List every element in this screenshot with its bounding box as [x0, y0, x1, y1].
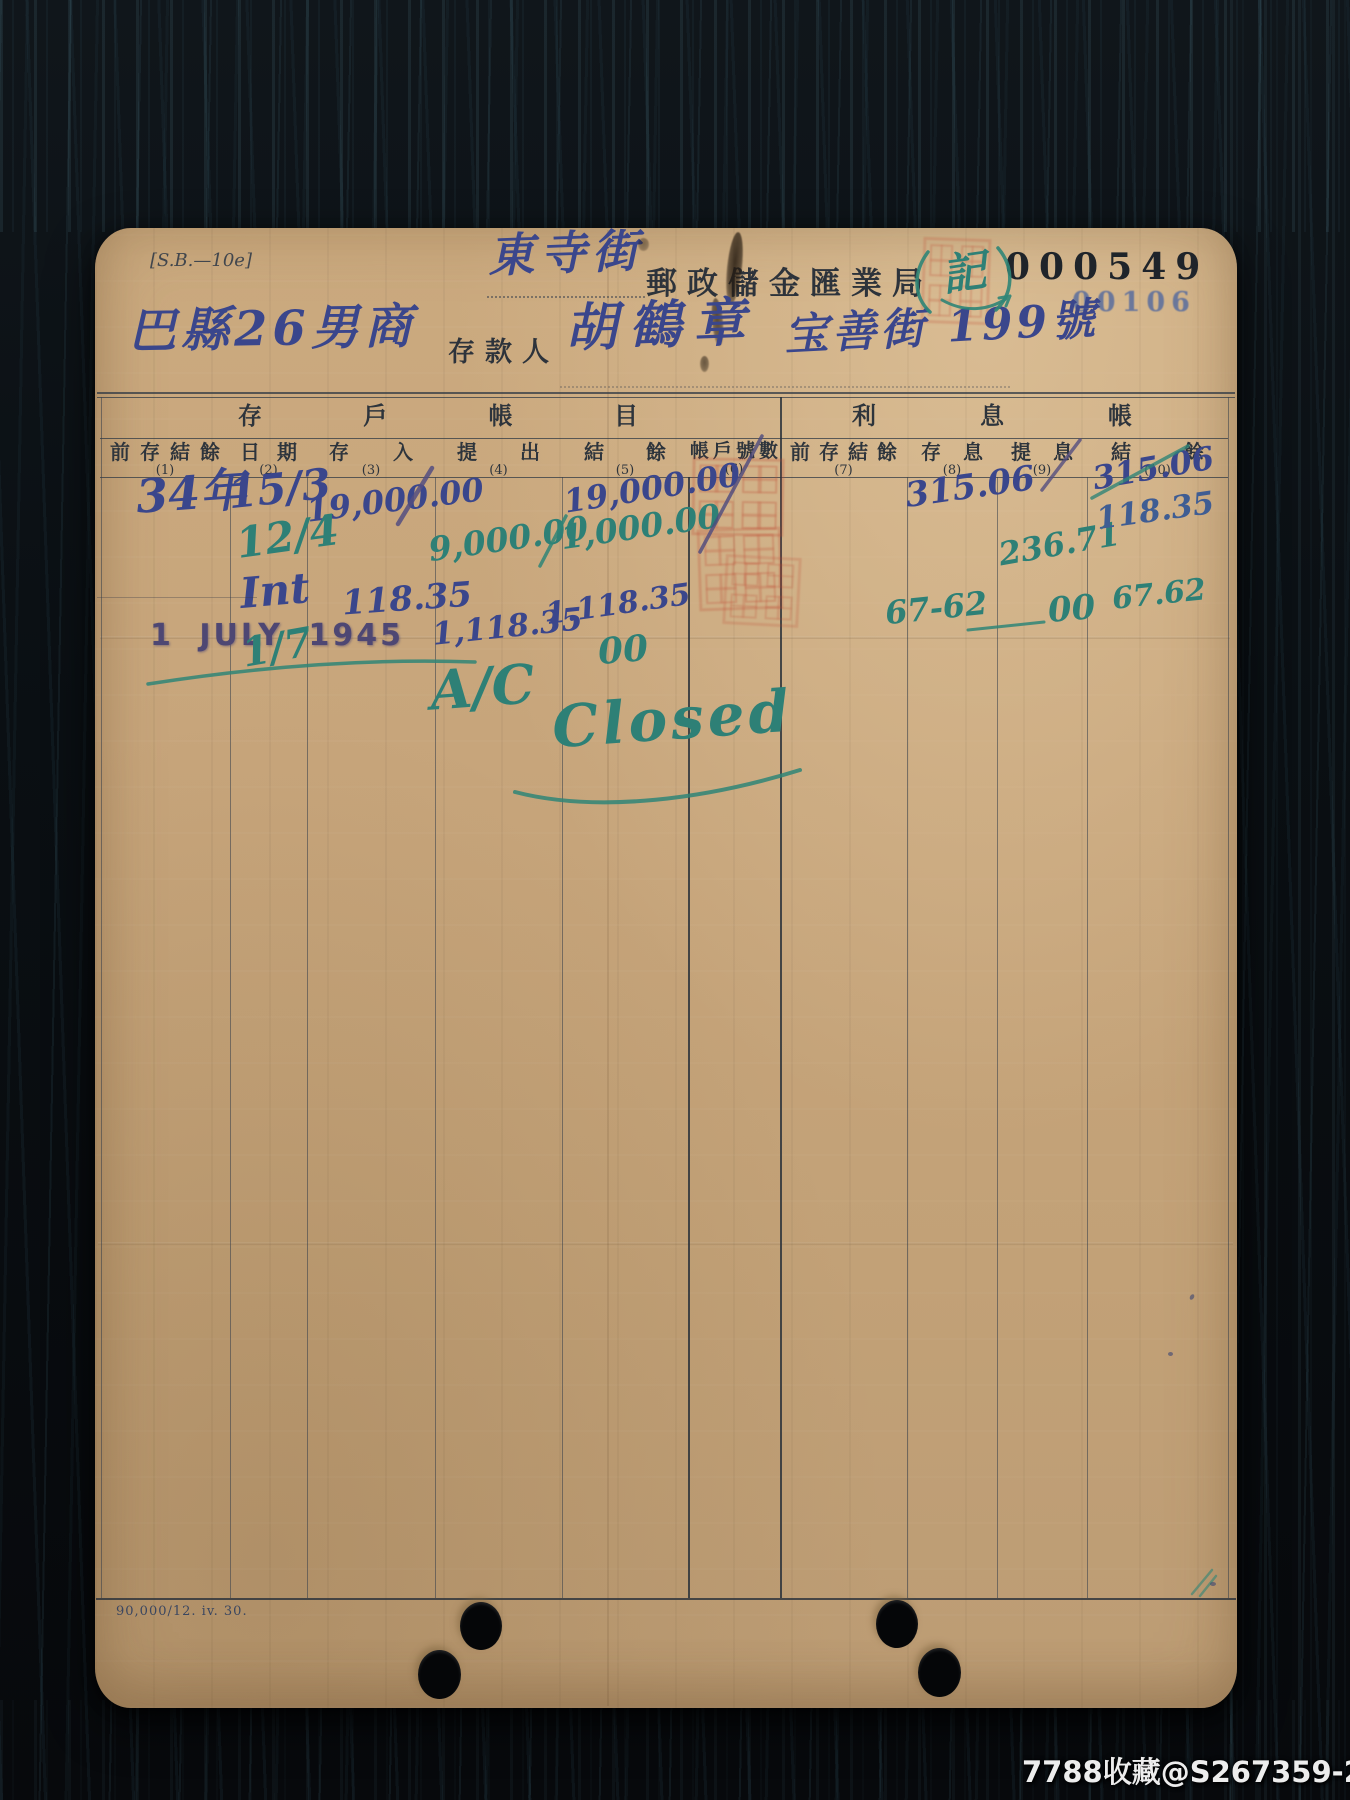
ink-speck	[1168, 1352, 1173, 1356]
underline-sweep-r4	[148, 661, 475, 684]
slash-account-col	[700, 436, 762, 552]
ink-strokes-overlay	[0, 0, 1350, 1800]
slash-interest-withdrawal-r1	[1042, 440, 1080, 490]
punch-hole	[918, 1648, 961, 1697]
punch-hole	[460, 1602, 502, 1650]
punch-hole	[876, 1600, 918, 1648]
slash-withdrawal-r1	[398, 468, 432, 524]
print-run-note: 90,000/12. iv. 30.	[116, 1604, 248, 1619]
punch-hole	[418, 1650, 461, 1699]
ink-speck	[1210, 1582, 1216, 1586]
strike-interest-balance-r1	[1092, 446, 1188, 498]
slash-balance-r2	[540, 516, 566, 566]
closing-underline-swash	[515, 770, 800, 802]
dash-interest-r4	[968, 622, 1044, 630]
watermark: 7788收藏@S267359-2020.05.15	[1022, 1750, 1350, 1791]
photo-of-ledger-card: [S.B.—10e] 東寺街 郵政儲金匯業局 記 000549 00106 巴縣…	[0, 0, 1350, 1800]
registry-paren-left	[917, 252, 930, 312]
